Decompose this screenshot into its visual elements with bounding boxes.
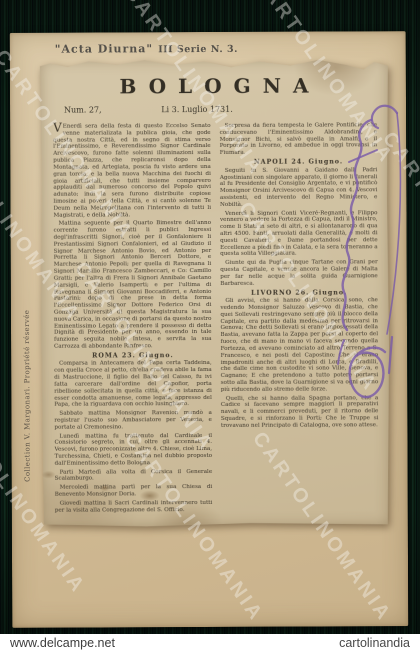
- news-column-left: VEnerdì sera della festa di questo Eccel…: [53, 123, 212, 516]
- news-paragraph: Seguiti in S. Giovanni a Gaidano dalli P…: [220, 167, 378, 209]
- news-paragraph: Venerdì li Signori Conti Viceré-Regnanti…: [220, 210, 378, 258]
- cartolinandia-label: cartolinandia: [339, 636, 410, 650]
- newspaper-columns: VEnerdì sera della festa di questo Eccel…: [40, 116, 390, 516]
- news-paragraph: Sabbato mattina Monsignor Ravenion mandò…: [54, 410, 212, 431]
- newspaper-dateline-row: Num. 27, Li 3. Luglio 1731.: [40, 104, 388, 118]
- news-paragraph: Comparsa in Antecamera del Papa certa Ta…: [54, 360, 212, 408]
- collection-stamp: Collection V. Margonari. Propriété réser…: [23, 310, 32, 482]
- issue-date: Li 3. Luglio 1731.: [40, 104, 354, 114]
- news-paragraph: Sorpresa da fiera tempesta le Galere Pon…: [220, 122, 378, 157]
- news-paragraph: Lunedì mattina fu trattenuto dal Cardina…: [54, 433, 212, 468]
- footer-strip: www.delcampe.net cartolinandia: [0, 634, 420, 654]
- news-paragraph: Parti Martedì alla volta di Corsica il G…: [55, 469, 213, 483]
- dateline-heading: ROMA 23. Giugno.: [54, 352, 212, 360]
- news-column-right: Sorpresa da fiera tempesta le Galere Pon…: [220, 122, 379, 515]
- series-label-title: "Acta Diurna": [55, 42, 153, 55]
- news-paragraph: Giunte qui da Puglia cinque Tartane con …: [220, 260, 378, 288]
- news-paragraph: Quelli, che si hanno dalla Spagna portan…: [221, 395, 379, 430]
- series-label-number: III Serie N. 3.: [158, 44, 238, 55]
- newspaper-title: BOLOGNA: [40, 73, 388, 99]
- news-paragraph: Giovedì mattina li Sacri Cardinali inter…: [55, 500, 213, 514]
- news-paragraph: Mattina seguente per il Quarto Bimestre …: [54, 220, 212, 350]
- news-paragraph: VEnerdì sera della festa di questo Eccel…: [53, 123, 211, 219]
- news-paragraph: Gli avvisi, che si hanno dalla Corsica s…: [220, 297, 378, 393]
- series-label: "Acta Diurna" III Serie N. 3.: [55, 37, 238, 57]
- newspaper-sheet-wrap: BOLOGNA Num. 27, Li 3. Luglio 1731. VEne…: [40, 58, 390, 528]
- delcampe-url-label: www.delcampe.net: [10, 636, 115, 650]
- dateline-heading: NAPOLI 24. Giugno.: [220, 158, 378, 166]
- dateline-heading: LIVORNO 26. Giugno.: [220, 289, 378, 297]
- antique-postcard: "Acta Diurna" III Serie N. 3. BOLOGNA Nu…: [10, 31, 409, 628]
- news-paragraph: Mercoledì mattina partì per la sua Chies…: [55, 484, 213, 498]
- newspaper-sheet: BOLOGNA Num. 27, Li 3. Luglio 1731. VEne…: [40, 58, 390, 528]
- scanned-postcard-view: "Acta Diurna" III Serie N. 3. BOLOGNA Nu…: [0, 0, 420, 654]
